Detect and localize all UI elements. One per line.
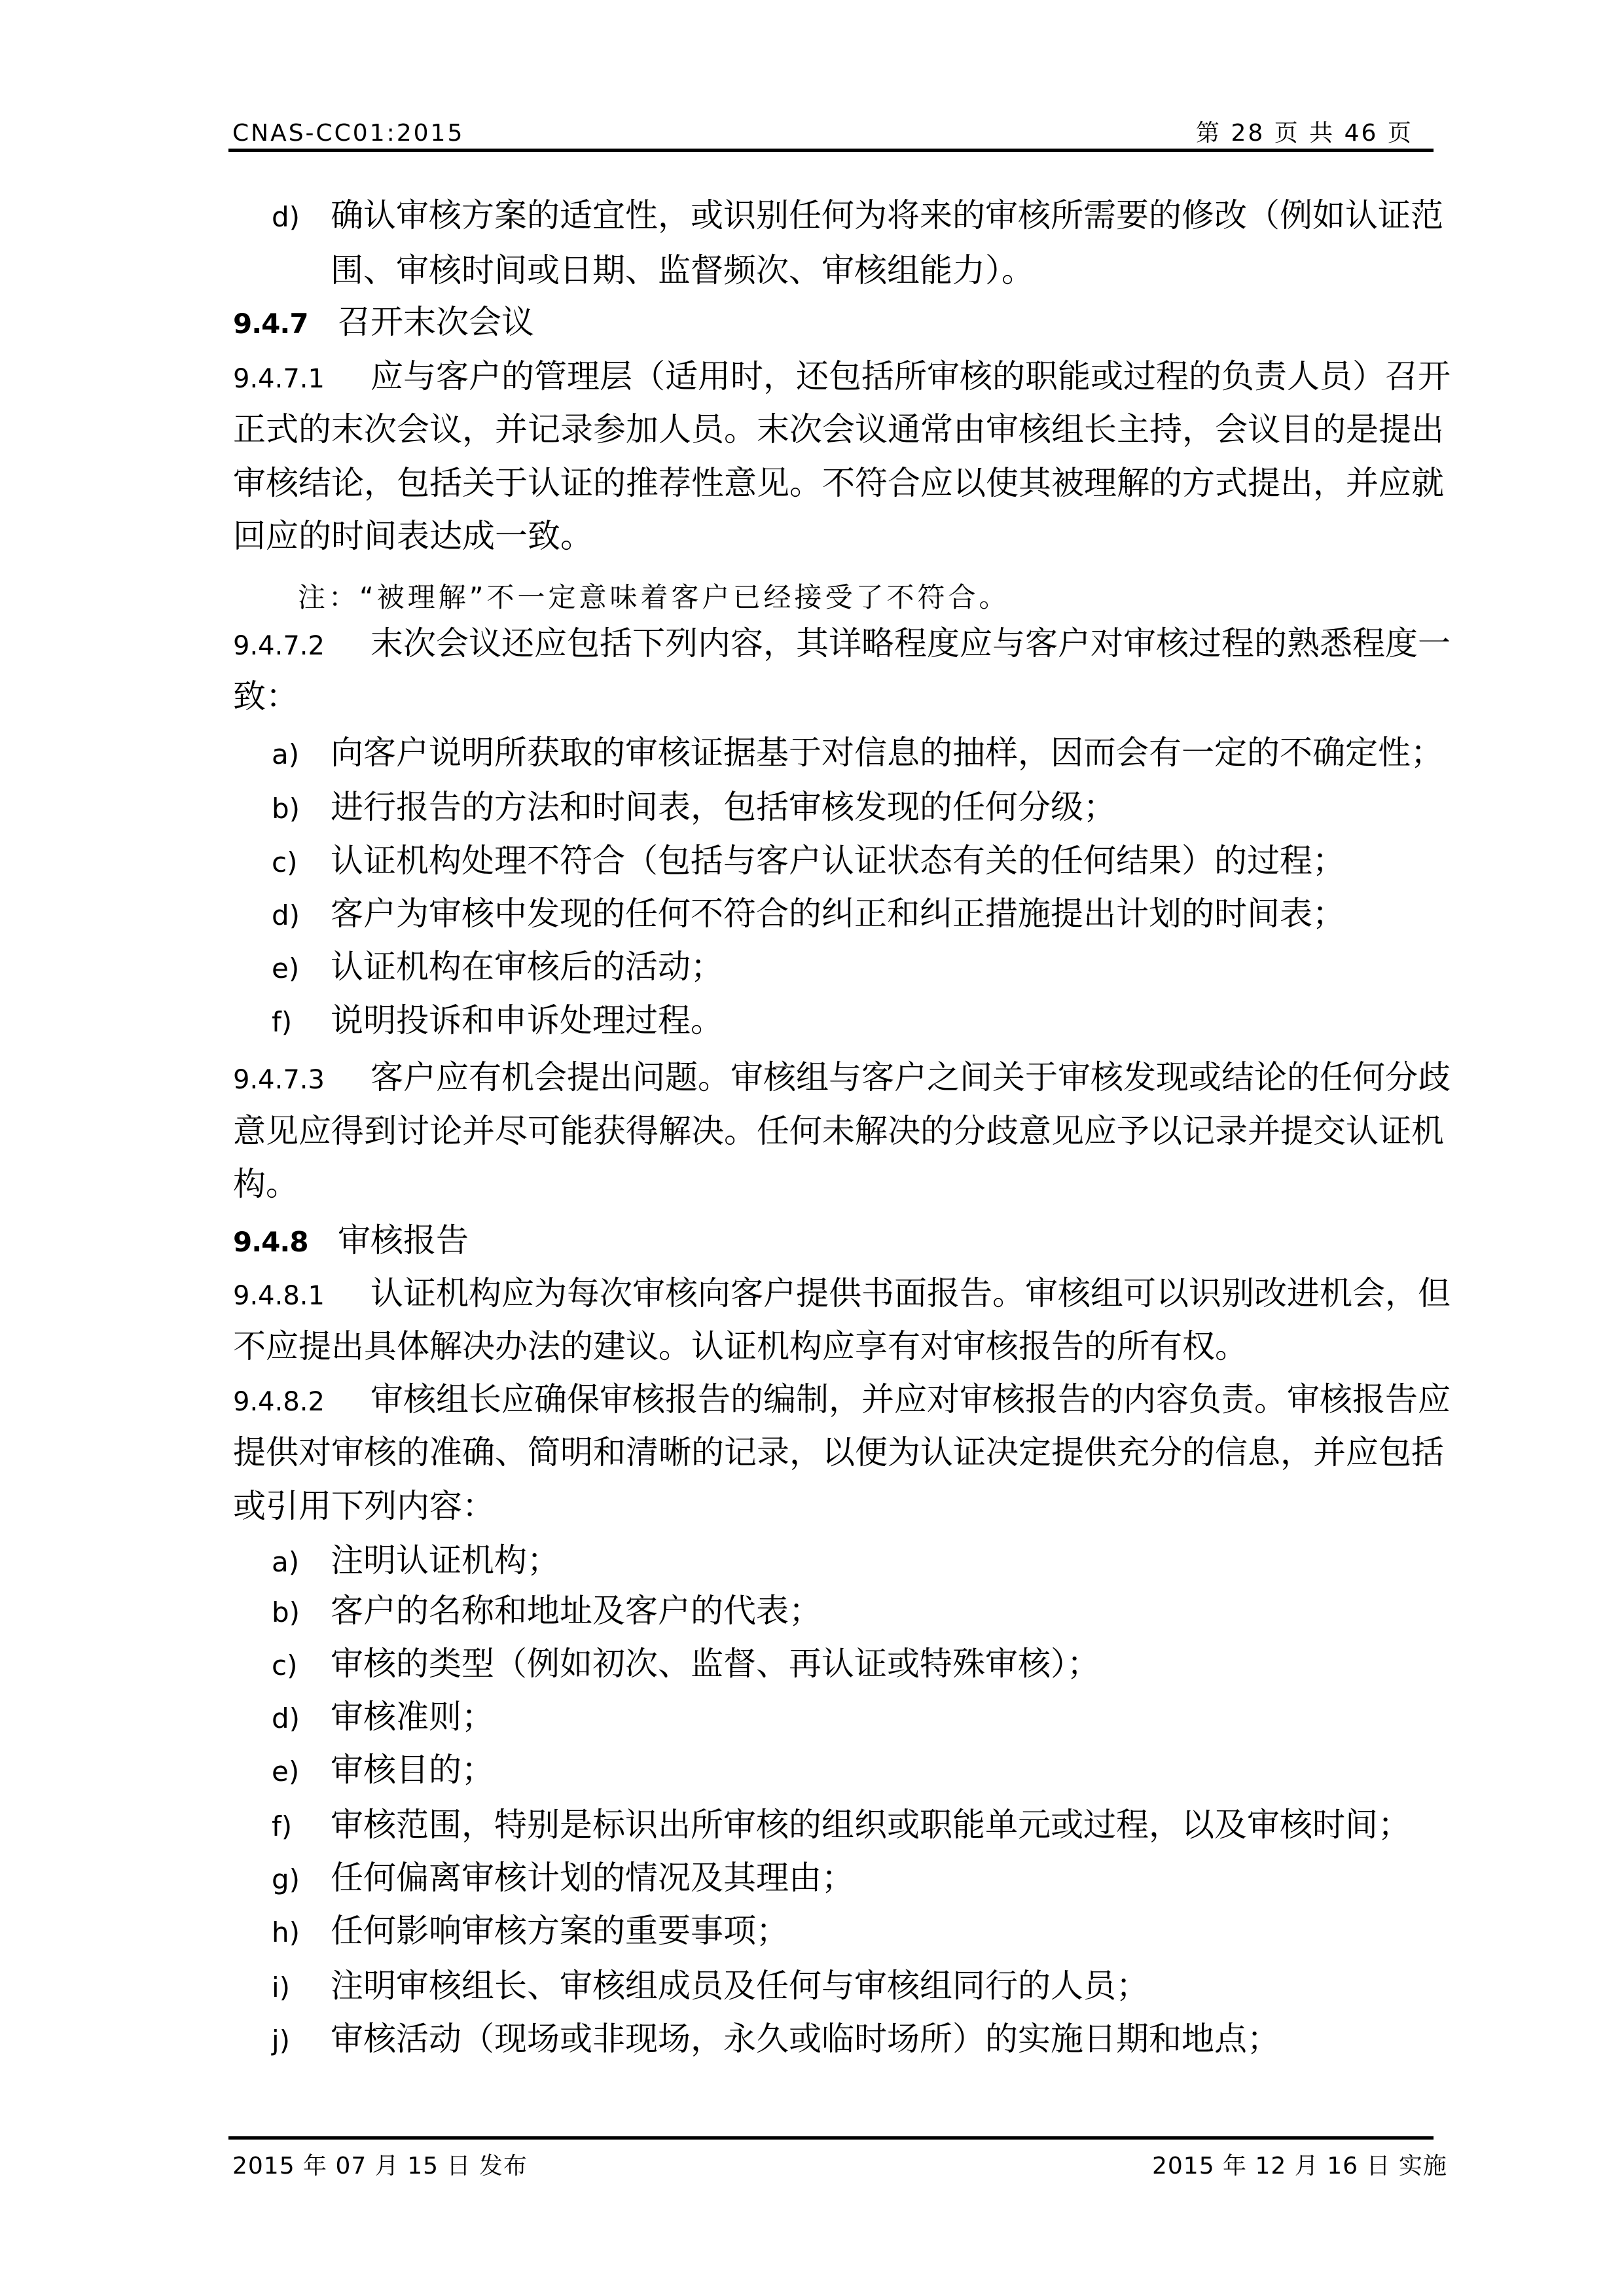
list-item: i)注明审核组长、审核组成员及任何与审核组同行的人员； (272, 1966, 1149, 2005)
note: 注：“被理解”不一定意味着客户已经接受了不符合。 (298, 578, 1010, 617)
list-item-text: 审核活动（现场或非现场，永久或临时场所）的实施日期和地点； (331, 2020, 1280, 2058)
clause-text: 客户应有机会提出问题。审核组与客户之间关于审核发现或结论的任何分歧 (370, 1058, 1451, 1096)
list-item: d)确认审核方案的适宜性，或识别任何为将来的审核所需要的修改（例如认证范 (272, 196, 1434, 235)
list-item-label: c) (272, 843, 331, 882)
list-item-label: b) (272, 1593, 331, 1632)
section-number: 9.4.7 (233, 304, 338, 344)
clause-text: 审核组长应确保审核报告的编制，并应对审核报告的内容负责。审核报告应 (370, 1380, 1451, 1418)
paragraph-line: 审核结论，包括关于认证的推荐性意见。不符合应以使其被理解的方式提出，并应就 (233, 463, 1434, 503)
list-item: f)审核范围，特别是标识出所审核的组织或职能单元或过程，以及审核时间； (272, 1805, 1411, 1844)
clause-number: 9.4.7.1 (233, 359, 370, 399)
list-item: j)审核活动（现场或非现场，永久或临时场所）的实施日期和地点； (272, 2019, 1280, 2058)
clause-9-4-8-1: 9.4.8.1认证机构应为每次审核向客户提供书面报告。审核组可以识别改进机会，但 (233, 1274, 1434, 1313)
list-item: g)任何偏离审核计划的情况及其理由； (272, 1858, 854, 1897)
clause-number: 9.4.7.3 (233, 1060, 370, 1100)
clause-number: 9.4.8.1 (233, 1276, 370, 1316)
paragraph-line: 或引用下列内容： (233, 1486, 495, 1526)
list-item-text: 确认审核方案的适宜性，或识别任何为将来的审核所需要的修改（例如认证范 (331, 196, 1443, 234)
section-title: 召开末次会议 (338, 303, 534, 341)
list-item-text: 认证机构在审核后的活动； (331, 948, 723, 986)
list-item-label: d) (272, 1699, 331, 1738)
list-item-label: f) (272, 1003, 331, 1042)
list-item-label: e) (272, 949, 331, 988)
list-item: f)说明投诉和申诉处理过程。 (272, 1001, 723, 1040)
section-heading-9-4-8: 9.4.8审核报告 (233, 1221, 469, 1260)
issue-date: 2015 年 07 月 15 日 发布 (232, 2152, 528, 2181)
list-item: h)任何影响审核方案的重要事项； (272, 1911, 789, 1950)
list-item-continuation: 围、审核时间或日期、监督频次、审核组能力）。 (331, 251, 1034, 290)
list-item-label: a) (272, 1543, 331, 1582)
list-item-text: 任何影响审核方案的重要事项； (331, 1912, 789, 1950)
list-item-label: h) (272, 1913, 331, 1952)
list-item-text: 审核的类型（例如初次、监督、再认证或特殊审核）； (331, 1645, 1100, 1683)
clause-number: 9.4.7.2 (233, 626, 370, 666)
clause-text: 认证机构应为每次审核向客户提供书面报告。审核组可以识别改进机会，但 (370, 1274, 1451, 1312)
list-item: a)注明认证机构； (272, 1541, 560, 1580)
paragraph-line: 提供对审核的准确、简明和清晰的记录，以便为认证决定提供充分的信息，并应包括 (233, 1433, 1434, 1472)
list-item-text: 客户的名称和地址及客户的代表； (331, 1592, 821, 1630)
list-item: a)向客户说明所获取的审核证据基于对信息的抽样，因而会有一定的不确定性； (272, 733, 1443, 772)
list-item-label: e) (272, 1752, 331, 1791)
clause-text: 末次会议还应包括下列内容，其详略程度应与客户对审核过程的熟悉程度一 (370, 624, 1451, 662)
list-item: c)审核的类型（例如初次、监督、再认证或特殊审核）； (272, 1644, 1100, 1683)
list-item-text: 说明投诉和申诉处理过程。 (331, 1001, 723, 1039)
section-title: 审核报告 (338, 1221, 469, 1259)
list-item: d)审核准则； (272, 1697, 494, 1736)
list-item-text: 审核准则； (331, 1698, 494, 1736)
footer-rule (228, 2136, 1434, 2140)
list-item: d)客户为审核中发现的任何不符合的纠正和纠正措施提出计划的时间表； (272, 894, 1345, 933)
list-item-label: f) (272, 1807, 331, 1846)
paragraph-line: 正式的末次会议，并记录参加人员。末次会议通常由审核组长主持，会议目的是提出 (233, 410, 1434, 449)
list-item-text: 任何偏离审核计划的情况及其理由； (331, 1859, 854, 1897)
list-item-label: d) (272, 896, 331, 935)
page-number: 第 28 页 共 46 页 (1196, 119, 1413, 148)
paragraph-line: 意见应得到讨论并尽可能获得解决。任何未解决的分歧意见应予以记录并提交认证机 (233, 1111, 1434, 1151)
effective-date: 2015 年 12 月 16 日 实施 (1152, 2152, 1447, 2181)
list-item-label: g) (272, 1860, 331, 1899)
list-item-label: b) (272, 789, 331, 829)
clause-9-4-7-2: 9.4.7.2末次会议还应包括下列内容，其详略程度应与客户对审核过程的熟悉程度一 (233, 624, 1434, 663)
paragraph-line: 不应提出具体解决办法的建议。认证机构应享有对审核报告的所有权。 (233, 1327, 1248, 1366)
list-item-text: 注明认证机构； (331, 1541, 560, 1579)
paragraph-line: 致： (233, 677, 298, 716)
clause-9-4-8-2: 9.4.8.2审核组长应确保审核报告的编制，并应对审核报告的内容负责。审核报告应 (233, 1380, 1434, 1419)
section-number: 9.4.8 (233, 1223, 338, 1262)
document-id: CNAS-CC01:2015 (232, 119, 464, 148)
clause-text: 应与客户的管理层（适用时，还包括所审核的职能或过程的负责人员）召开 (370, 357, 1451, 395)
clause-9-4-7-1: 9.4.7.1应与客户的管理层（适用时，还包括所审核的职能或过程的负责人员）召开 (233, 357, 1434, 396)
header-rule (228, 149, 1434, 152)
list-item-label: d) (272, 198, 331, 237)
clause-9-4-7-3: 9.4.7.3客户应有机会提出问题。审核组与客户之间关于审核发现或结论的任何分歧 (233, 1058, 1434, 1097)
list-item-label: c) (272, 1646, 331, 1685)
list-item-text: 审核范围，特别是标识出所审核的组织或职能单元或过程，以及审核时间； (331, 1806, 1411, 1844)
list-item-label: j) (272, 2021, 331, 2060)
list-item-text: 进行报告的方法和时间表，包括审核发现的任何分级； (331, 788, 1116, 826)
list-item-text: 注明审核组长、审核组成员及任何与审核组同行的人员； (331, 1967, 1149, 2005)
list-item-text: 客户为审核中发现的任何不符合的纠正和纠正措施提出计划的时间表； (331, 895, 1345, 933)
list-item-text: 审核目的； (331, 1751, 494, 1789)
list-item: e)认证机构在审核后的活动； (272, 947, 723, 986)
list-item-text: 认证机构处理不符合（包括与客户认证状态有关的任何结果）的过程； (331, 842, 1345, 880)
list-item: b)进行报告的方法和时间表，包括审核发现的任何分级； (272, 787, 1116, 827)
list-item: c)认证机构处理不符合（包括与客户认证状态有关的任何结果）的过程； (272, 841, 1345, 880)
list-item: e)审核目的； (272, 1750, 494, 1789)
paragraph-line: 回应的时间表达成一致。 (233, 516, 593, 556)
list-item: b)客户的名称和地址及客户的代表； (272, 1591, 821, 1630)
paragraph-line: 构。 (233, 1164, 298, 1204)
list-item-label: a) (272, 735, 331, 774)
list-item-text: 向客户说明所获取的审核证据基于对信息的抽样，因而会有一定的不确定性； (331, 734, 1443, 772)
section-heading-9-4-7: 9.4.7召开末次会议 (233, 302, 534, 342)
clause-number: 9.4.8.2 (233, 1382, 370, 1422)
list-item-label: i) (272, 1968, 331, 2007)
